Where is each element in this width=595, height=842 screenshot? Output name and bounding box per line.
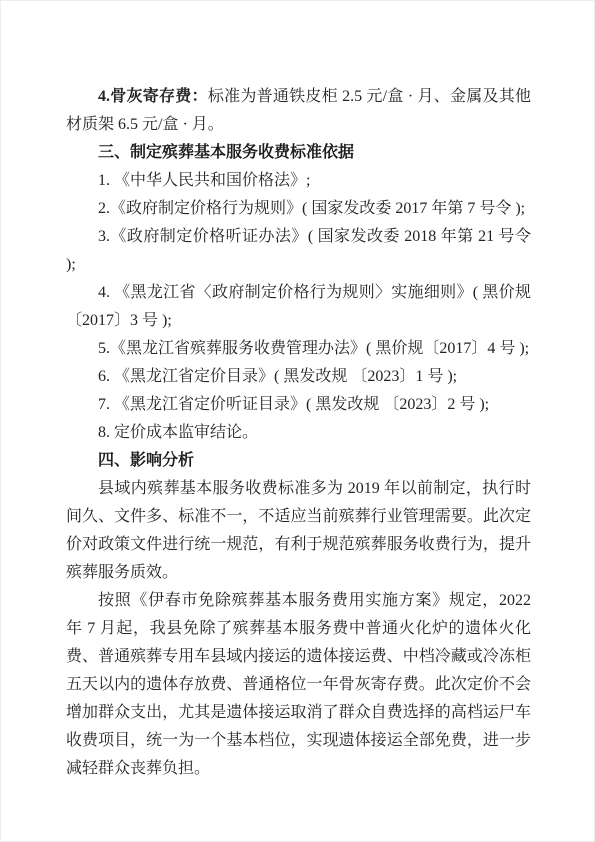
list-item-7: 7. 《黑龙江省定价听证目录》( 黑发改规 〔2023〕2 号 ); [66,391,531,419]
list-item-8: 8. 定价成本监审结论。 [66,419,531,447]
list-item-1: 1. 《中华人民共和国价格法》; [66,167,531,195]
list-item-2: 2.《政府制定价格行为规则》( 国家发改委 2017 年第 7 号令 ); [66,195,531,223]
section-heading-4: 四、影响分析 [66,447,531,475]
section-heading-3: 三、制定殡葬基本服务收费标准依据 [66,139,531,167]
list-item-4: 4. 《黑龙江省〈政府制定价格行为规则〉实施细则》( 黑价规〔2017〕3 号 … [66,279,531,335]
paragraph-impact-analysis-1: 县域内殡葬基本服务收费标准多为 2019 年以前制定，执行时间久、文件多、标准不… [66,475,531,587]
document-body: 4.骨灰寄存费：标准为普通铁皮柜 2.5 元/盒 · 月、金属及其他材质架 6.… [66,83,531,783]
list-item-6: 6. 《黑龙江省定价目录》( 黑发改规 〔2023〕1 号 ); [66,363,531,391]
list-item-3: 3.《政府制定价格听证办法》( 国家发改委 2018 年第 21 号令 ); [66,223,531,279]
paragraph-impact-analysis-2: 按照《伊春市免除殡葬基本服务费用实施方案》规定，2022 年 7 月起，我县免除… [66,587,531,783]
document-page: 4.骨灰寄存费：标准为普通铁皮柜 2.5 元/盒 · 月、金属及其他材质架 6.… [0,0,595,842]
list-item-5: 5.《黑龙江省殡葬服务收费管理办法》( 黑价规〔2017〕4 号 ); [66,335,531,363]
paragraph-lead-bold: 4.骨灰寄存费： [98,88,208,105]
paragraph-ash-storage-fee: 4.骨灰寄存费：标准为普通铁皮柜 2.5 元/盒 · 月、金属及其他材质架 6.… [66,83,531,139]
